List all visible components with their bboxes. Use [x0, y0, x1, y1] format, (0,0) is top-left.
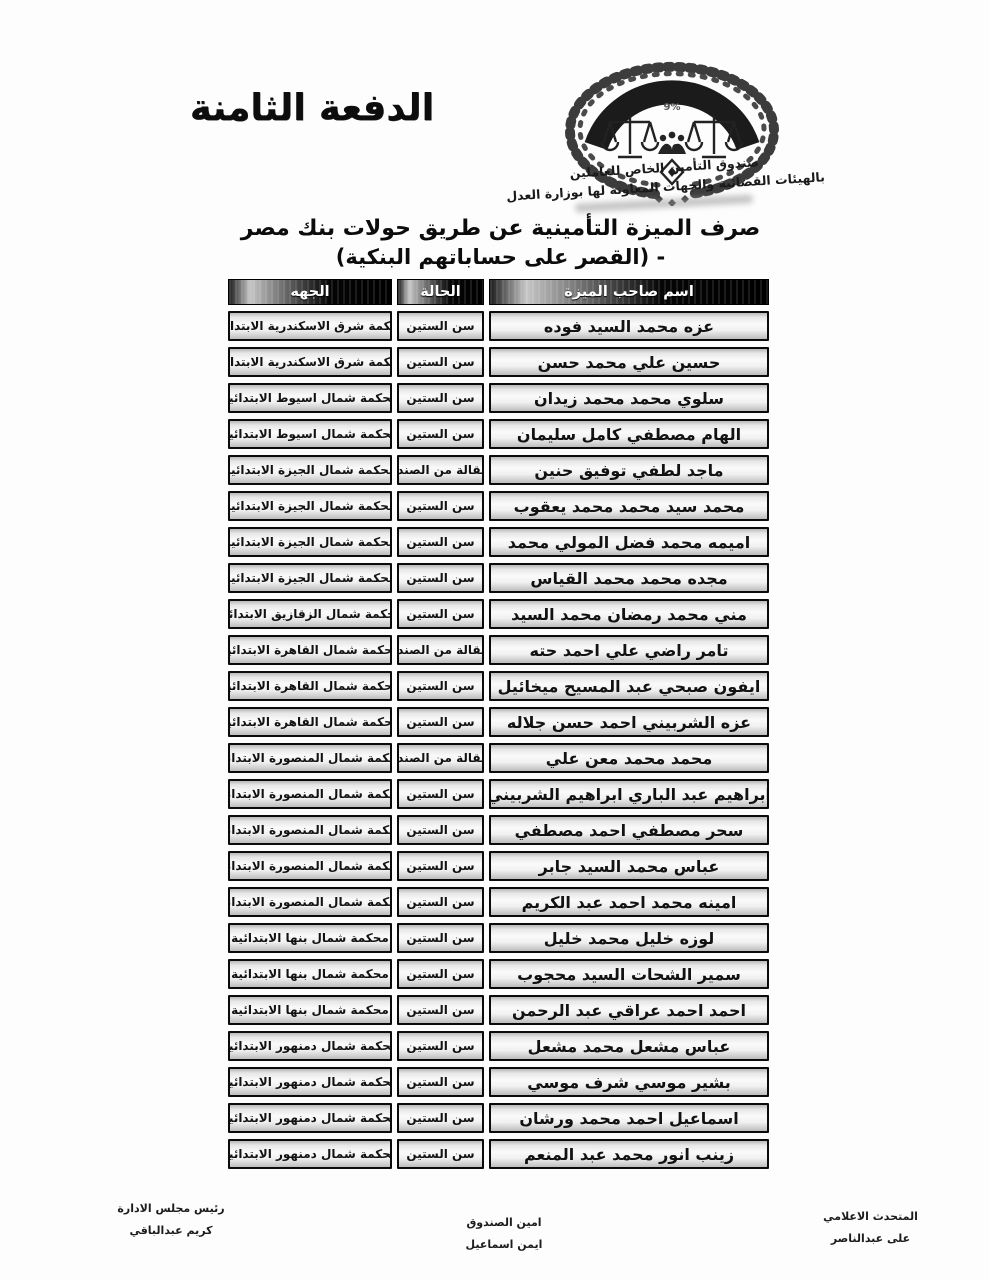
table-cell-status: سن الستين [397, 383, 484, 413]
table-cell-name: بشير موسي شرف موسي [489, 1067, 769, 1097]
table-cell-entity: محكمة شمال المنصورة الابتدائية [228, 851, 392, 881]
table-cell-entity: محكمة شمال دمنهور الابتدائية [228, 1103, 392, 1133]
table-cell-name: الهام مصطفي كامل سليمان [489, 419, 769, 449]
table-cell-name: عزه محمد السيد فوده [489, 311, 769, 341]
signature-name: ايمن اسماعيل [424, 1234, 584, 1256]
table-cell-name: احمد احمد عراقي عبد الرحمن [489, 995, 769, 1025]
table-cell-entity: محكمة شمال بنها الابتدائية [228, 959, 392, 989]
table-cell-entity: محكمة شمال دمنهور الابتدائية [228, 1067, 392, 1097]
benefits-table: اسم صاحب الميزة الحالة الجهه عزه محمد ال… [228, 279, 769, 1169]
table-cell-status: استقالة من الصندوق [397, 635, 484, 665]
table-cell-entity: محكمة شمال المنصورة الابتدائية [228, 779, 392, 809]
table-cell-status: سن الستين [397, 887, 484, 917]
table-cell-status: استقالة من الصندوق [397, 743, 484, 773]
table-cell-name: سلوي محمد محمد زيدان [489, 383, 769, 413]
table-cell-name: اسماعيل احمد محمد ورشان [489, 1103, 769, 1133]
table-cell-name: محمد سيد محمد محمد يعقوب [489, 491, 769, 521]
table-cell-name: محمد محمد معن علي [489, 743, 769, 773]
table-cell-status: سن الستين [397, 707, 484, 737]
table-cell-name: عزه الشربيني احمد حسن جلاله [489, 707, 769, 737]
table-cell-name: سحر مصطفي احمد مصطفي [489, 815, 769, 845]
table-cell-name: عباس مشعل محمد مشعل [489, 1031, 769, 1061]
table-cell-entity: محكمة شمال القاهرة الابتدائية [228, 671, 392, 701]
table-cell-name: ايفون صبحي عبد المسيح ميخائيل [489, 671, 769, 701]
table-cell-status: سن الستين [397, 1103, 484, 1133]
subtitle-line2: - (القصر على حساباتهم البنكية) [208, 244, 793, 271]
table-cell-entity: محكمة شمال الزقازيق الابتدائية [228, 599, 392, 629]
logo-percent-label: 9% [664, 102, 681, 113]
table-cell-name: امينه محمد احمد عبد الكريم [489, 887, 769, 917]
signature-media-spokesperson: المتحدث الاعلامي على عبدالناصر [788, 1206, 953, 1250]
signature-name: على عبدالناصر [788, 1228, 953, 1250]
table-cell-status: سن الستين [397, 1139, 484, 1169]
table-cell-status: سن الستين [397, 311, 484, 341]
document-subtitle: صرف الميزة التأمينية عن طريق حولات بنك م… [208, 214, 793, 271]
table-cell-status: سن الستين [397, 419, 484, 449]
table-cell-status: سن الستين [397, 671, 484, 701]
table-cell-name: ماجد لطفي توفيق حنين [489, 455, 769, 485]
table-cell-status: استقالة من الصندوق [397, 455, 484, 485]
page-title: الدفعة الثامنة [183, 86, 441, 129]
table-cell-entity: محكمة شمال دمنهور الابتدائية [228, 1031, 392, 1061]
table-cell-status: سن الستين [397, 347, 484, 377]
table-cell-status: سن الستين [397, 1031, 484, 1061]
table-cell-status: سن الستين [397, 815, 484, 845]
signature-chairman: رئيس مجلس الادارة كريم عبدالباقي [86, 1198, 256, 1242]
table-cell-entity: محكمة شمال اسيوط الابتدائية [228, 419, 392, 449]
signature-title: المتحدث الاعلامي [823, 1210, 918, 1223]
table-cell-name: سمير الشحات السيد محجوب [489, 959, 769, 989]
table-cell-entity: محكمة شمال الجيزة الابتدائية [228, 491, 392, 521]
table-cell-entity: محكمة شمال اسيوط الابتدائية [228, 383, 392, 413]
signature-title: امين الصندوق [466, 1216, 541, 1229]
table-cell-name: تامر راضي علي احمد حته [489, 635, 769, 665]
subtitle-line1: صرف الميزة التأمينية عن طريق حولات بنك م… [208, 214, 793, 244]
table-cell-name: زينب انور محمد عبد المنعم [489, 1139, 769, 1169]
table-cell-entity: محكمة شمال الجيزة الابتدائية [228, 527, 392, 557]
table-cell-status: سن الستين [397, 959, 484, 989]
table-cell-status: سن الستين [397, 1067, 484, 1097]
table-cell-name: مني محمد رمضان محمد السيد [489, 599, 769, 629]
table-cell-status: سن الستين [397, 599, 484, 629]
table-cell-status: سن الستين [397, 779, 484, 809]
signature-name: كريم عبدالباقي [86, 1220, 256, 1242]
table-cell-status: سن الستين [397, 995, 484, 1025]
table-cell-status: سن الستين [397, 923, 484, 953]
table-cell-entity: محكمة شمال القاهرة الابتدائية [228, 635, 392, 665]
table-cell-entity: محكمة شمال دمنهور الابتدائية [228, 1139, 392, 1169]
table-cell-status: سن الستين [397, 491, 484, 521]
table-cell-name: مجده محمد محمد القياس [489, 563, 769, 593]
table-cell-status: سن الستين [397, 527, 484, 557]
table-cell-entity: محكمة شمال المنصورة الابتدائية [228, 815, 392, 845]
table-cell-name: لوزه خليل محمد خليل [489, 923, 769, 953]
signature-treasurer: امين الصندوق ايمن اسماعيل [424, 1212, 584, 1256]
table-cell-entity: محكمة شمال المنصورة الابتدائية [228, 743, 392, 773]
table-cell-entity: محكمة شمال بنها الابتدائية [228, 923, 392, 953]
table-cell-status: سن الستين [397, 563, 484, 593]
signature-title: رئيس مجلس الادارة [117, 1202, 224, 1215]
table-cell-entity: محكمة شرق الاسكندرية الابتدائية [228, 311, 392, 341]
table-cell-entity: محكمة شمال القاهرة الابتدائية [228, 707, 392, 737]
table-cell-entity: محكمة شمال الجيزة الابتدائية [228, 455, 392, 485]
figures-icon [658, 132, 686, 154]
table-cell-entity: محكمة شمال بنها الابتدائية [228, 995, 392, 1025]
column-header-entity: الجهه [228, 279, 392, 305]
table-cell-entity: محكمة شمال الجيزة الابتدائية [228, 563, 392, 593]
table-cell-entity: محكمة شرق الاسكندرية الابتدائية [228, 347, 392, 377]
column-header-name: اسم صاحب الميزة [489, 279, 769, 305]
table-cell-status: سن الستين [397, 851, 484, 881]
table-cell-entity: محكمة شمال المنصورة الابتدائية [228, 887, 392, 917]
table-cell-name: حسين علي محمد حسن [489, 347, 769, 377]
table-cell-name: ابراهيم عبد الباري ابراهيم الشربيني [489, 779, 769, 809]
scanned-document-page: الدفعة الثامنة 9% [0, 0, 989, 1280]
column-header-status: الحالة [397, 279, 484, 305]
table-cell-name: عباس محمد السيد جابر [489, 851, 769, 881]
table-cell-name: اميمه محمد فضل المولي محمد [489, 527, 769, 557]
